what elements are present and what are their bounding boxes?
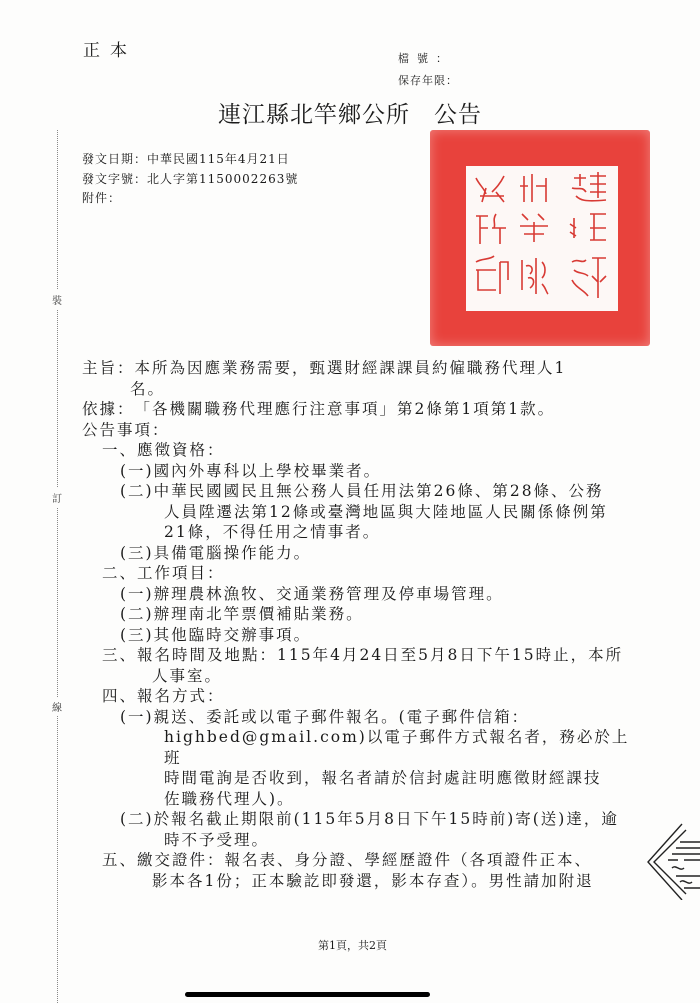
item-text-continued: 時不予受理。 bbox=[82, 830, 642, 851]
home-indicator-bar[interactable] bbox=[185, 992, 430, 997]
section-heading: 五、 繳交證件：報名表、身分證、學經歷證件（各項證件正本、 bbox=[82, 850, 642, 871]
section-title: 報名方式： bbox=[137, 686, 225, 707]
item-number: (三) bbox=[120, 625, 154, 646]
binding-line-divider bbox=[57, 130, 58, 1003]
attachment-label: 附件： bbox=[82, 189, 121, 206]
list-item: (三) 其他臨時交辦事項。 bbox=[82, 625, 642, 646]
list-item: (二) 於報名截止期限前(115年5月8日下午15時前)寄(送)達，逾 bbox=[82, 809, 642, 830]
subject-label: 主旨： bbox=[82, 358, 135, 379]
section-title: 繳交證件：報名表、身分證、學經歷證件（各項證件正本、 bbox=[137, 850, 592, 871]
item-text-continued: 人員陞遷法第12條或臺灣地區與大陸地區人民關係條例第 bbox=[82, 502, 642, 523]
notice-body: 主旨： 本所為因應業務需要，甄選財經課課員約僱職務代理人1 名。 依據： 「各機… bbox=[82, 358, 642, 891]
item-text: 辦理農林漁牧、交通業務管理及停車場管理。 bbox=[154, 584, 504, 605]
section-title: 工作項目： bbox=[137, 563, 225, 584]
copy-label: 正本 bbox=[83, 36, 137, 61]
item-number: (一) bbox=[120, 707, 154, 728]
subject-row: 主旨： 本所為因應業務需要，甄選財經課課員約僱職務代理人1 bbox=[82, 358, 642, 379]
issue-number: 發文字號：北人字第1150002263號 bbox=[82, 170, 298, 187]
subject-text-continued: 名。 bbox=[82, 379, 642, 400]
list-item: (一) 辦理農林漁牧、交通業務管理及停車場管理。 bbox=[82, 584, 642, 605]
section-heading: 一、 應徵資格： bbox=[82, 440, 642, 461]
section-title-continued: 人事室。 bbox=[82, 666, 642, 687]
item-number: (二) bbox=[120, 481, 154, 502]
binding-mark: 訂 bbox=[52, 488, 62, 507]
email-line: highbed@gmail.com)以電子郵件方式報名者，務必於上班 bbox=[82, 727, 642, 768]
section-number: 一、 bbox=[102, 440, 137, 461]
section-heading: 二、 工作項目： bbox=[82, 563, 642, 584]
binding-mark: 線 bbox=[52, 697, 62, 716]
section-number: 四、 bbox=[102, 686, 137, 707]
list-item: (二) 辦理南北竿票價補貼業務。 bbox=[82, 604, 642, 625]
item-number: (一) bbox=[120, 584, 154, 605]
basis-text: 「各機關職務代理應行注意事項」第2條第1項第1款。 bbox=[135, 399, 556, 420]
item-number: (一) bbox=[120, 461, 154, 482]
document-title: 連江縣北竿鄉公所 公告 bbox=[218, 96, 482, 129]
section-title: 報名時間及地點：115年4月24日至5月8日下午15時止，本所 bbox=[137, 645, 623, 666]
section-title-continued: 影本各1份；正本驗訖即發還，影本存查）。男性請加附退 bbox=[82, 871, 642, 892]
notice-items-label: 公告事項： bbox=[82, 420, 642, 441]
item-text: 中華民國國民且無公務人員任用法第26條、第28條、公務 bbox=[154, 481, 604, 502]
page-number: 第1頁，共2頁 bbox=[318, 937, 387, 953]
list-item: (一) 國內外專科以上學校畢業者。 bbox=[82, 461, 642, 482]
section-title: 應徵資格： bbox=[137, 440, 225, 461]
list-item: (一) 親送、委託或以電子郵件報名。(電子郵件信箱： bbox=[82, 707, 642, 728]
item-text-continued: 時間電詢是否收到，報名者請於信封處註明應徵財經課技 bbox=[82, 768, 642, 789]
partial-seal-icon bbox=[640, 820, 700, 900]
item-text: 其他臨時交辦事項。 bbox=[154, 625, 312, 646]
subject-text: 本所為因應業務需要，甄選財經課課員約僱職務代理人1 bbox=[135, 358, 567, 379]
section-heading: 四、 報名方式： bbox=[82, 686, 642, 707]
item-number: (二) bbox=[120, 604, 154, 625]
item-number: (二) bbox=[120, 809, 154, 830]
item-text: 親送、委託或以電子郵件報名。(電子郵件信箱： bbox=[154, 707, 530, 728]
issue-date: 發文日期：中華民國115年4月21日 bbox=[82, 150, 290, 167]
section-heading: 三、 報名時間及地點：115年4月24日至5月8日下午15時止，本所 bbox=[82, 645, 642, 666]
official-seal-icon bbox=[430, 130, 650, 346]
file-number-label: 檔號： bbox=[398, 50, 455, 66]
item-number: (三) bbox=[120, 543, 154, 564]
item-text: 辦理南北竿票價補貼業務。 bbox=[154, 604, 364, 625]
item-text-continued: 21條，不得任用之情事者。 bbox=[82, 522, 642, 543]
item-text: 具備電腦操作能力。 bbox=[154, 543, 312, 564]
basis-label: 依據： bbox=[82, 399, 135, 420]
list-item: (二) 中華民國國民且無公務人員任用法第26條、第28條、公務 bbox=[82, 481, 642, 502]
list-item: (三) 具備電腦操作能力。 bbox=[82, 543, 642, 564]
item-text: 國內外專科以上學校畢業者。 bbox=[154, 461, 382, 482]
basis-row: 依據： 「各機關職務代理應行注意事項」第2條第1項第1款。 bbox=[82, 399, 642, 420]
item-text-continued: 佐職務代理人)。 bbox=[82, 789, 642, 810]
section-number: 三、 bbox=[102, 645, 137, 666]
item-text: 於報名截止期限前(115年5月8日下午15時前)寄(送)達，逾 bbox=[154, 809, 619, 830]
section-number: 五、 bbox=[102, 850, 137, 871]
retention-period-label: 保存年限： bbox=[398, 72, 458, 88]
section-number: 二、 bbox=[102, 563, 137, 584]
binding-mark: 裝 bbox=[52, 290, 62, 309]
